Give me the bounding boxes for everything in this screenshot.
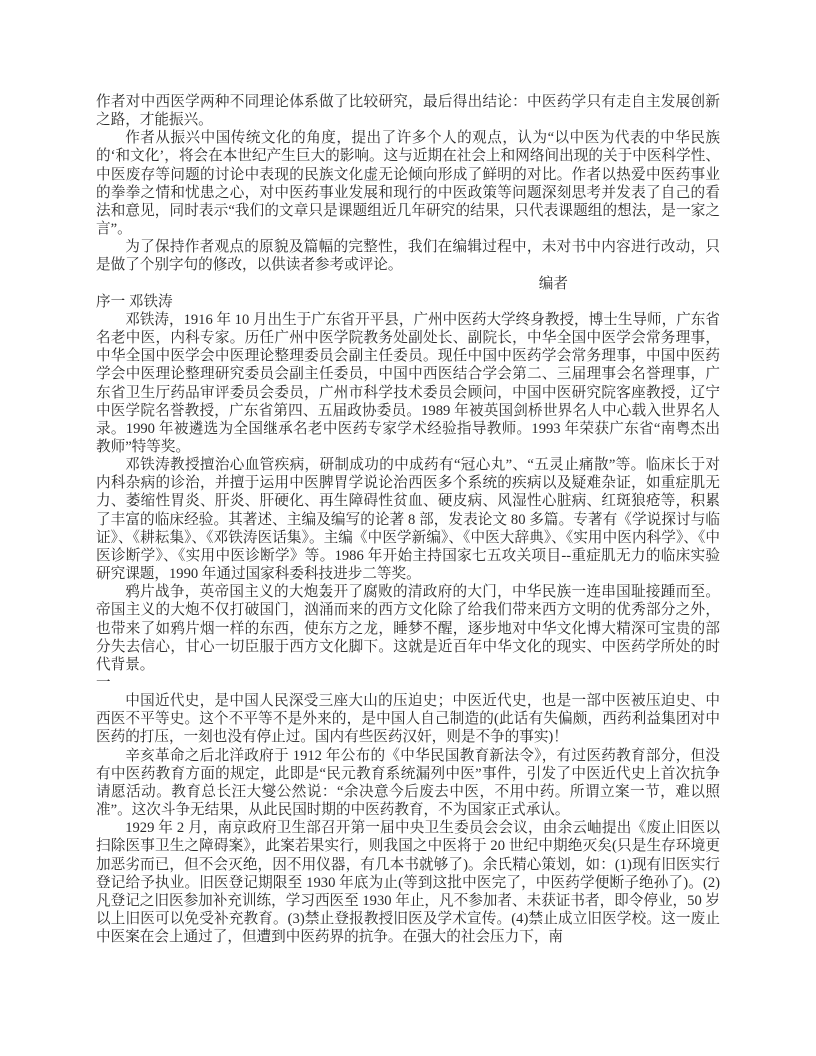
document-page: 作者对中西医学两种不同理论体系做了比较研究，最后得出结论：中医药学只有走自主发展… bbox=[96, 93, 720, 946]
section-heading-preface-one: 序一 邓铁涛 bbox=[96, 293, 720, 311]
paragraph-deng-tietao-clinical: 邓铁涛教授擅治心血管疾病，研制成功的中成药有“冠心丸”、“五灵止痛散”等。临床长… bbox=[96, 456, 720, 583]
paragraph-1929-abolition-proposal: 1929 年 2 月，南京政府卫生部召开第一届中央卫生委员会会议，由余云岫提出《… bbox=[96, 819, 720, 946]
paragraph-modern-history: 中国近代史，是中国人民深受三座大山的压迫史；中医近代史，也是一部中医被压迫史、中… bbox=[96, 692, 720, 746]
paragraph-editing-note: 为了保持作者观点的原貌及篇幅的完整性，我们在编辑过程中，未对书中内容进行改动，只… bbox=[96, 238, 720, 274]
paragraph-1912-education-law: 辛亥革命之后北洋政府于 1912 年公布的《中华民国教育新法令》，有过医药教育部… bbox=[96, 747, 720, 820]
paragraph-conclusion: 作者对中西医学两种不同理论体系做了比较研究，最后得出结论：中医药学只有走自主发展… bbox=[96, 93, 720, 129]
paragraph-author-viewpoint: 作者从振兴中国传统文化的角度，提出了许多个人的观点，认为“以中医为代表的中华民族… bbox=[96, 129, 720, 238]
section-marker-one: 一 bbox=[96, 674, 720, 692]
editor-signature: 编者 bbox=[96, 275, 720, 293]
paragraph-deng-tietao-bio: 邓铁涛，1916 年 10 月出生于广东省开平县，广州中医药大学终身教授，博士生… bbox=[96, 311, 720, 456]
paragraph-opium-war-background: 鸦片战争，英帝国主义的大炮轰开了腐败的清政府的大门，中华民族一连串国耻接踵而至。… bbox=[96, 583, 720, 674]
